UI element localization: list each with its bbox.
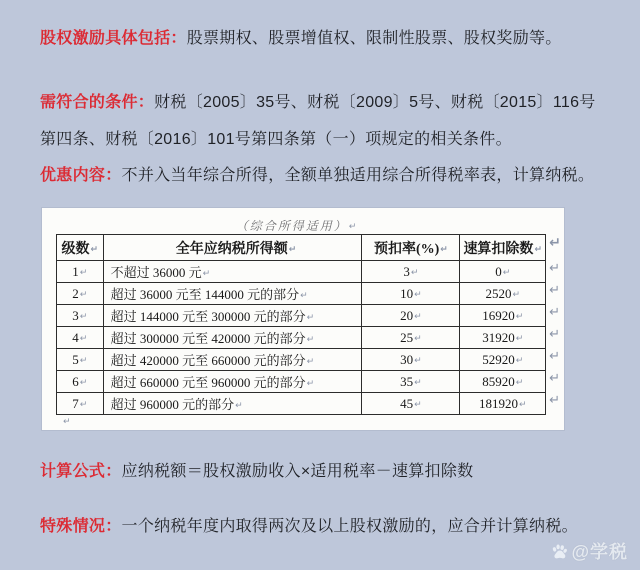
- table-cell-text: 3: [72, 308, 79, 323]
- section-text-includes: 股票期权、股票增值权、限制性股票、股权奖励等。: [187, 30, 562, 47]
- paragraph-mark: ↵: [414, 290, 422, 300]
- paragraph-mark: ↵: [414, 400, 422, 410]
- table-cell-text: 2: [72, 286, 79, 301]
- paragraph-mark: ↵: [440, 245, 448, 255]
- table-cell: 20↵: [362, 305, 460, 327]
- column-header: 级数↵: [57, 235, 104, 261]
- paragraph-mark: ↵: [546, 327, 564, 349]
- table-cell: 45↵: [362, 393, 460, 415]
- table-cell: 0↵: [460, 261, 546, 283]
- section-label-formula: 计算公式：: [40, 463, 122, 480]
- paragraph-mark: ↵: [516, 312, 524, 322]
- table-cell-text: 31920: [482, 330, 515, 345]
- table-cell: 超过 960000 元的部分↵: [103, 393, 362, 415]
- column-header: 速算扣除数↵: [460, 235, 546, 261]
- paragraph-special: 特殊情况：一个纳税年度内取得两次及以上股权激励的，应合并计算纳税。: [40, 508, 608, 545]
- paragraph-mark: ↵: [80, 400, 88, 410]
- table-header-row: 级数↵全年应纳税所得额↵预扣率(%)↵速算扣除数↵↵: [57, 235, 564, 261]
- table-cell: 52920↵: [460, 349, 546, 371]
- table-cell: 4↵: [57, 327, 104, 349]
- table-cell: 3↵: [57, 305, 104, 327]
- paragraph-mark: ↵: [546, 261, 564, 283]
- table-cell-text: 35: [400, 374, 413, 389]
- table-row: 1↵不超过 36000 元↵3↵0↵↵: [57, 261, 564, 283]
- paragraph-mark-below-table: ↵: [63, 417, 71, 427]
- paragraph-mark: ↵: [80, 356, 88, 366]
- paragraph-formula: 计算公式：应纳税额＝股权激励收入×适用税率－速算扣除数: [40, 453, 608, 490]
- section-text-benefit: 不并入当年综合所得，全额单独适用综合所得税率表，计算纳税。: [122, 167, 595, 184]
- section-label-benefit: 优惠内容：: [40, 167, 122, 184]
- paragraph-mark: ↵: [414, 356, 422, 366]
- table-cell-text: 0: [495, 264, 502, 279]
- table-cell-text: 85920: [482, 374, 515, 389]
- section-text-formula: 应纳税额＝股权激励收入×适用税率－速算扣除数: [122, 463, 474, 480]
- table-cell: 35↵: [362, 371, 460, 393]
- column-header-text: 级数: [62, 242, 90, 257]
- table-cell: 超过 420000 元至 660000 元的部分↵: [103, 349, 362, 371]
- paragraph-mark: ↵: [546, 283, 564, 305]
- table-cell: 超过 36000 元至 144000 元的部分↵: [103, 283, 362, 305]
- paragraph-mark: ↵: [235, 401, 243, 411]
- table-cell: 6↵: [57, 371, 104, 393]
- table-cell-text: 45: [400, 396, 413, 411]
- table-cell-text: 25: [400, 330, 413, 345]
- paragraph-includes: 股权激励具体包括：股票期权、股票增值权、限制性股票、股权奖励等。: [40, 20, 608, 57]
- column-header: 预扣率(%)↵: [362, 235, 460, 261]
- table-cell: 16920↵: [460, 305, 546, 327]
- table-cell-text: 超过 144000 元至 300000 元的部分: [111, 309, 306, 324]
- table-cell-text: 超过 420000 元至 660000 元的部分: [111, 353, 306, 368]
- table-row: 7↵超过 960000 元的部分↵45↵181920↵↵: [57, 393, 564, 415]
- table-title-text: （综合所得适用）: [236, 219, 348, 233]
- paragraph-mark: ↵: [80, 290, 88, 300]
- tax-rate-table: 级数↵全年应纳税所得额↵预扣率(%)↵速算扣除数↵↵ 1↵不超过 36000 元…: [56, 234, 564, 415]
- table-cell-text: 20: [400, 308, 413, 323]
- table-cell-text: 5: [72, 352, 79, 367]
- table-cell-text: 7: [72, 396, 79, 411]
- paragraph-mark: ↵: [307, 313, 315, 323]
- table-cell: 1↵: [57, 261, 104, 283]
- table-row: 3↵超过 144000 元至 300000 元的部分↵20↵16920↵↵: [57, 305, 564, 327]
- table-cell-text: 1: [72, 264, 79, 279]
- tax-table-body: 1↵不超过 36000 元↵3↵0↵↵2↵超过 36000 元至 144000 …: [57, 261, 564, 415]
- paragraph-mark: ↵: [91, 245, 99, 255]
- table-cell: 181920↵: [460, 393, 546, 415]
- table-cell-text: 超过 36000 元至 144000 元的部分: [111, 287, 300, 302]
- paragraph-mark: ↵: [516, 356, 524, 366]
- table-cell: 5↵: [57, 349, 104, 371]
- paragraph-conditions: 需符合的条件：财税〔2005〕35号、财税〔2009〕5号、财税〔2015〕11…: [40, 84, 608, 158]
- paragraph-mark: ↵: [503, 268, 511, 278]
- paragraph-mark: ↵: [80, 268, 88, 278]
- paragraph-benefit: 优惠内容：不并入当年综合所得，全额单独适用综合所得税率表，计算纳税。: [40, 157, 608, 194]
- paragraph-mark: ↵: [80, 378, 88, 388]
- table-cell: 超过 660000 元至 960000 元的部分↵: [103, 371, 362, 393]
- table-cell-text: 30: [400, 352, 413, 367]
- table-cell-text: 超过 660000 元至 960000 元的部分: [111, 375, 306, 390]
- section-text-special: 一个纳税年度内取得两次及以上股权激励的，应合并计算纳税。: [122, 518, 578, 535]
- table-cell: 超过 300000 元至 420000 元的部分↵: [103, 327, 362, 349]
- section-label-includes: 股权激励具体包括：: [40, 30, 187, 47]
- table-cell: 超过 144000 元至 300000 元的部分↵: [103, 305, 362, 327]
- paragraph-mark: ↵: [414, 312, 422, 322]
- paragraph-mark: ↵: [411, 268, 419, 278]
- watermark-text: @学税: [571, 538, 628, 564]
- paragraph-mark: ↵: [546, 349, 564, 371]
- table-cell-text: 2520: [485, 286, 511, 301]
- table-cell: 85920↵: [460, 371, 546, 393]
- table-cell-text: 超过 300000 元至 420000 元的部分: [111, 331, 306, 346]
- table-cell: 2520↵: [460, 283, 546, 305]
- paragraph-mark: ↵: [300, 291, 308, 301]
- table-row: 6↵超过 660000 元至 960000 元的部分↵35↵85920↵↵: [57, 371, 564, 393]
- paragraph-mark: ↵: [80, 334, 88, 344]
- paragraph-mark: ↵: [546, 371, 564, 393]
- paragraph-mark: ↵: [414, 378, 422, 388]
- table-cell-text: 超过 960000 元的部分: [111, 397, 235, 412]
- paragraph-mark: ↵: [516, 378, 524, 388]
- paragraph-mark: ↵: [203, 269, 211, 279]
- column-header: 全年应纳税所得额↵: [103, 235, 362, 261]
- table-cell-text: 10: [400, 286, 413, 301]
- column-header-text: 速算扣除数: [463, 242, 533, 257]
- table-cell: 10↵: [362, 283, 460, 305]
- paragraph-mark: ↵: [512, 290, 520, 300]
- tax-table-header: 级数↵全年应纳税所得额↵预扣率(%)↵速算扣除数↵↵: [57, 235, 564, 261]
- paw-icon: [551, 543, 568, 560]
- table-cell-text: 3: [403, 264, 410, 279]
- paragraph-mark: ↵: [546, 235, 564, 261]
- watermark: @学税: [551, 538, 628, 564]
- table-title: （综合所得适用）↵: [56, 217, 538, 234]
- table-cell-text: 不超过 36000 元: [111, 265, 202, 280]
- table-cell-text: 16920: [482, 308, 515, 323]
- column-header-text: 全年应纳税所得额: [176, 242, 288, 257]
- paragraph-mark: ↵: [519, 400, 527, 410]
- table-cell: 30↵: [362, 349, 460, 371]
- table-cell: 31920↵: [460, 327, 546, 349]
- table-cell: 3↵: [362, 261, 460, 283]
- paragraph-mark: ↵: [546, 305, 564, 327]
- tax-table-image: （综合所得适用）↵ 级数↵全年应纳税所得额↵预扣率(%)↵速算扣除数↵↵ 1↵不…: [42, 208, 564, 430]
- paragraph-mark: ↵: [414, 334, 422, 344]
- table-row: 5↵超过 420000 元至 660000 元的部分↵30↵52920↵↵: [57, 349, 564, 371]
- paragraph-mark: ↵: [307, 379, 315, 389]
- paragraph-mark: ↵: [349, 222, 359, 232]
- paragraph-mark: ↵: [546, 393, 564, 415]
- paragraph-mark: ↵: [516, 334, 524, 344]
- paragraph-mark: ↵: [307, 357, 315, 367]
- table-cell: 7↵: [57, 393, 104, 415]
- paragraph-mark: ↵: [289, 245, 297, 255]
- table-cell-text: 6: [72, 374, 79, 389]
- table-cell: 不超过 36000 元↵: [103, 261, 362, 283]
- paragraph-mark: ↵: [534, 245, 542, 255]
- table-cell-text: 181920: [479, 396, 518, 411]
- table-row: 2↵超过 36000 元至 144000 元的部分↵10↵2520↵↵: [57, 283, 564, 305]
- table-cell-text: 52920: [482, 352, 515, 367]
- table-cell: 25↵: [362, 327, 460, 349]
- section-label-conditions: 需符合的条件：: [40, 94, 154, 111]
- table-row: 4↵超过 300000 元至 420000 元的部分↵25↵31920↵↵: [57, 327, 564, 349]
- section-label-special: 特殊情况：: [40, 518, 122, 535]
- table-cell: 2↵: [57, 283, 104, 305]
- paragraph-mark: ↵: [80, 312, 88, 322]
- table-cell-text: 4: [72, 330, 79, 345]
- paragraph-mark: ↵: [307, 335, 315, 345]
- article-page: 股权激励具体包括：股票期权、股票增值权、限制性股票、股权奖励等。 需符合的条件：…: [0, 0, 640, 570]
- column-header-text: 预扣率(%): [374, 242, 439, 257]
